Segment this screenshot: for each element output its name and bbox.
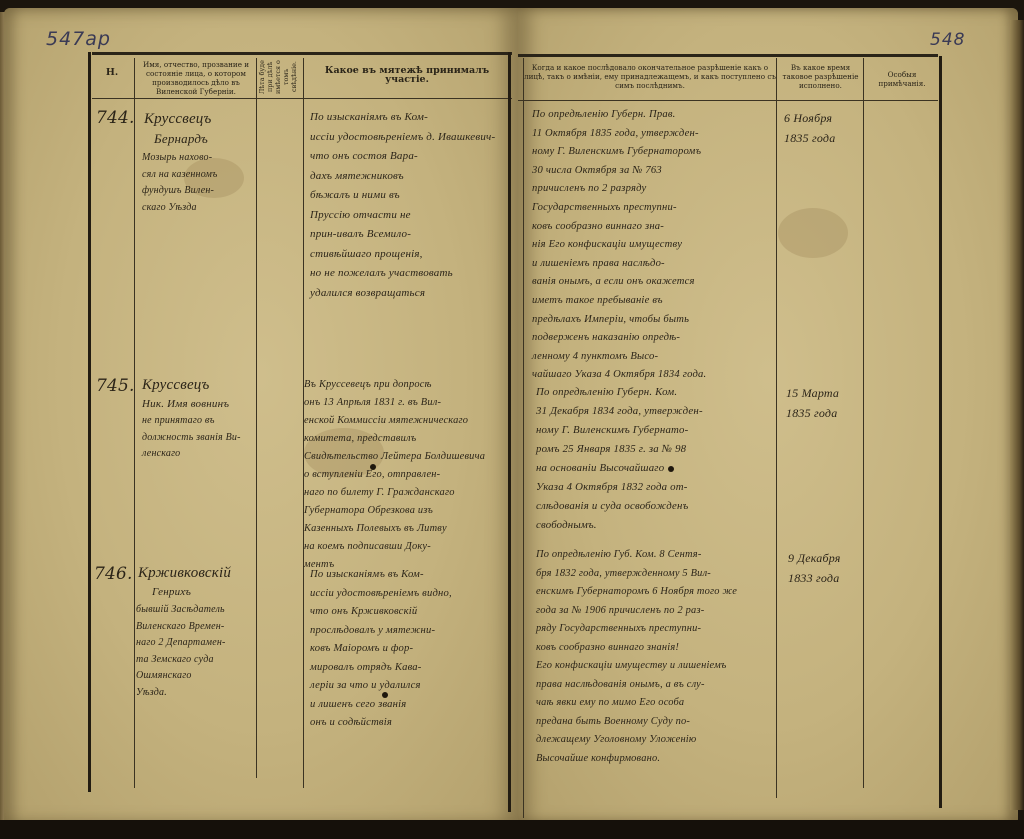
entry-746-description: бывшій Засѣдатель Виленскаго Времен- наг…: [136, 602, 226, 701]
header-resolution: Когда и какое послѣдовало окончательное …: [524, 63, 776, 90]
entry-746-participation: По изысканіямъ въ Ком- иссіи удостовѣрен…: [310, 566, 515, 733]
entry-746-number: 746.: [94, 564, 133, 584]
entry-744-description: Мозырь нахово- сял на казенномъ фундушъ …: [142, 150, 218, 216]
left-page: 547ap Н. Имя, отчество, прозвание и сост…: [4, 8, 518, 825]
entry-744-first-name: Бернардъ: [154, 130, 208, 148]
header-vertical: Лѣта буде при дѣлѣ имѣется о томъ свѣдѣн…: [258, 58, 302, 96]
entry-746-executed: 9 Декабря 1833 года: [788, 548, 841, 588]
left-header-top-rule: [92, 52, 512, 55]
entry-744-executed: 6 Ноября 1835 года: [784, 108, 835, 148]
left-margin-line: [88, 52, 91, 792]
entry-746-resolution: По опредѣленію Губ. Ком. 8 Сентя- бря 18…: [536, 546, 778, 768]
left-header-bottom-rule: [92, 98, 512, 99]
entry-745-first-name: Ник. Имя вовнинъ: [142, 396, 229, 413]
col-divider-name: [256, 58, 257, 778]
right-header-top-rule: [518, 54, 938, 57]
col-divider-number: [134, 58, 135, 788]
right-header-bottom-rule: [518, 100, 938, 101]
header-executed: Въ какое время таковое разрѣшеніе исполн…: [778, 63, 863, 90]
header-notes: Особыя примѣчанія.: [865, 70, 939, 88]
col-divider-executed: [863, 58, 864, 788]
right-folio-number: 548: [930, 30, 965, 50]
paper-hole: [382, 692, 388, 698]
right-margin-line: [939, 56, 942, 808]
entry-744-participation: По изысканіямъ въ Ком- иссіи удостовѣрен…: [310, 108, 510, 303]
entry-745-description: не принятаго въ должность званія Ви- лен…: [142, 413, 241, 463]
entry-744-surname: Круссвецъ: [144, 110, 212, 128]
entry-745-participation: Въ Круссевецъ при допросѣ онъ 13 Апрѣля …: [304, 376, 514, 574]
right-book-edge: [1010, 20, 1024, 810]
entry-745-executed: 15 Марта 1835 года: [786, 383, 839, 423]
right-page: 548 Когда и какое послѣдовало окончатель…: [518, 8, 1018, 823]
entry-745-resolution: По опредѣленію Губерн. Ком. 31 Декабря 1…: [536, 383, 776, 535]
entry-744-resolution: По опредѣленію Губерн. Прав. 11 Октября …: [532, 106, 777, 385]
entry-746-surname: Крживковскій: [138, 564, 231, 582]
left-folio-number: 547ap: [46, 28, 111, 50]
entry-745-surname: Круссвецъ: [142, 376, 210, 394]
right-page-left-line: [523, 58, 524, 818]
ledger-spread: 547ap Н. Имя, отчество, прозвание и сост…: [0, 0, 1024, 839]
header-number: Н.: [90, 68, 134, 77]
entry-744-number: 744.: [96, 108, 135, 128]
header-name: Имя, отчество, прозвание и состояніе лиц…: [136, 60, 256, 96]
paper-hole: [668, 466, 674, 472]
entry-745-number: 745.: [96, 376, 135, 396]
paper-hole: [370, 464, 376, 470]
header-participation: Какое въ мятежѣ принималъ участіе.: [306, 66, 508, 84]
entry-746-first-name: Генрихъ: [152, 584, 191, 601]
bottom-shadow: [0, 820, 1024, 839]
